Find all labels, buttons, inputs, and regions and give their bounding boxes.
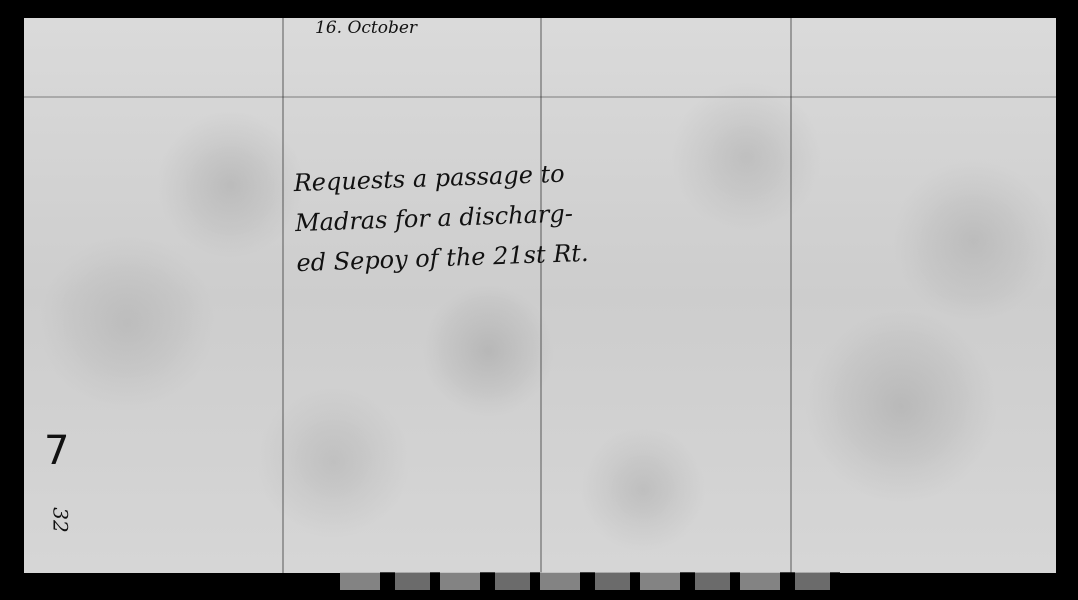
header-date: 16. October bbox=[315, 18, 417, 38]
document-page bbox=[24, 18, 1056, 573]
fold-line bbox=[790, 18, 792, 573]
docket-note: Requests a passage to Madras for a disch… bbox=[293, 153, 589, 283]
fold-line bbox=[24, 96, 1056, 98]
rotated-number: 32 bbox=[49, 507, 73, 532]
folio-number: 7 bbox=[44, 428, 69, 474]
fold-line bbox=[282, 18, 284, 573]
fold-line bbox=[540, 18, 542, 573]
torn-bottom-edge bbox=[340, 572, 840, 590]
